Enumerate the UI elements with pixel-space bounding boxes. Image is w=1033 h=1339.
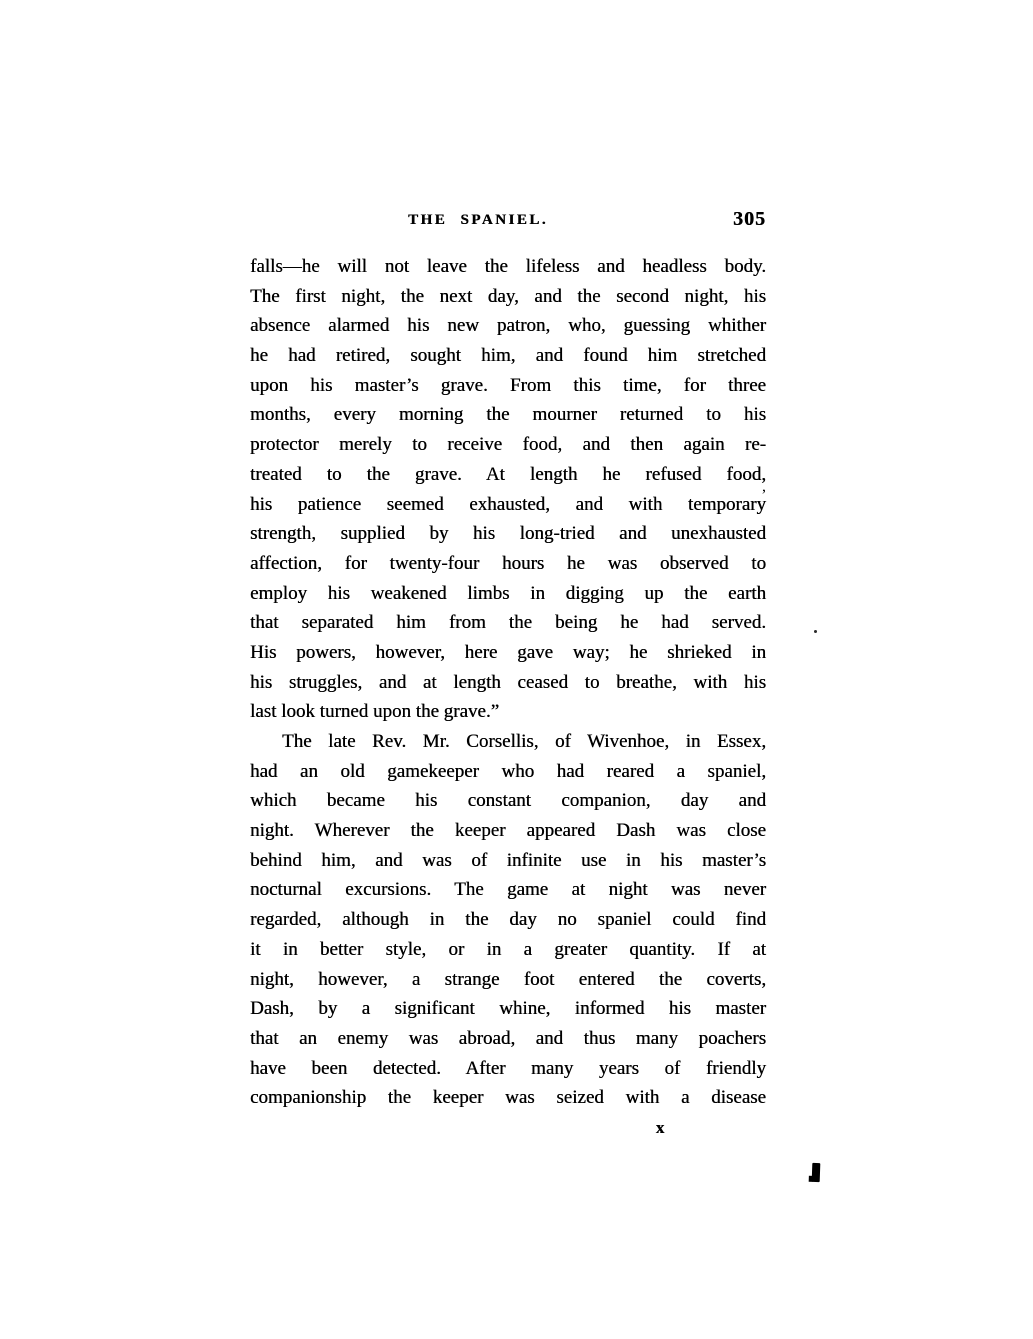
text-line: protector merely to receive food, and th… bbox=[250, 430, 766, 460]
ink-blot bbox=[812, 1163, 821, 1182]
text-line: night, however, a strange foot entered t… bbox=[250, 965, 766, 995]
text-line: employ his weakened limbs in digging up … bbox=[250, 579, 766, 609]
printers-signature-mark: x bbox=[648, 1118, 672, 1138]
text-line: upon his master’s grave. From this time,… bbox=[250, 371, 766, 401]
book-page-scan: THE SPANIEL. 305 falls—he will not leave… bbox=[0, 0, 1033, 1339]
text-line: which became his constant companion, day… bbox=[250, 786, 766, 816]
ink-speck bbox=[814, 630, 817, 633]
text-line: it in better style, or in a greater quan… bbox=[250, 935, 766, 965]
text-line: that an enemy was abroad, and thus many … bbox=[250, 1024, 766, 1054]
text-column: THE SPANIEL. 305 falls—he will not leave… bbox=[250, 212, 766, 242]
text-line: absence alarmed his new patron, who, gue… bbox=[250, 311, 766, 341]
text-line: strength, supplied by his long-tried and… bbox=[250, 519, 766, 549]
text-line: he had retired, sought him, and found hi… bbox=[250, 341, 766, 371]
text-line: The first night, the next day, and the s… bbox=[250, 282, 766, 312]
text-line-paragraph-end: last look turned upon the grave.” bbox=[250, 697, 766, 727]
page-number: 305 bbox=[733, 208, 766, 231]
text-line-paragraph-start: The late Rev. Mr. Corsellis, of Wivenhoe… bbox=[250, 727, 766, 757]
text-line: regarded, although in the day no spaniel… bbox=[250, 905, 766, 935]
text-line: had an old gamekeeper who had reared a s… bbox=[250, 757, 766, 787]
text-line: his struggles, and at length ceased to b… bbox=[250, 668, 766, 698]
text-line: treated to the grave. At length he refus… bbox=[250, 460, 766, 490]
text-line: that separated him from the being he had… bbox=[250, 608, 766, 638]
running-head-title: THE SPANIEL. bbox=[250, 212, 706, 229]
text-line: have been detected. After many years of … bbox=[250, 1054, 766, 1084]
text-line: months, every morning the mourner return… bbox=[250, 400, 766, 430]
text-line: night. Wherever the keeper appeared Dash… bbox=[250, 816, 766, 846]
text-line: falls—he will not leave the lifeless and… bbox=[250, 252, 766, 282]
text-line: His powers, however, here gave way; he s… bbox=[250, 638, 766, 668]
text-line: Dash, by a significant whine, informed h… bbox=[250, 994, 766, 1024]
text-line: affection, for twenty-four hours he was … bbox=[250, 549, 766, 579]
running-head-row: THE SPANIEL. 305 bbox=[250, 212, 766, 242]
text-line: nocturnal excursions. The game at night … bbox=[250, 875, 766, 905]
text-line: behind him, and was of infinite use in h… bbox=[250, 846, 766, 876]
text-line: companionship the keeper was seized with… bbox=[250, 1083, 766, 1113]
ink-speck: , bbox=[762, 478, 766, 496]
body-text: falls—he will not leave the lifeless and… bbox=[250, 252, 766, 1113]
text-line: his patience seemed exhausted, and with … bbox=[250, 490, 766, 520]
